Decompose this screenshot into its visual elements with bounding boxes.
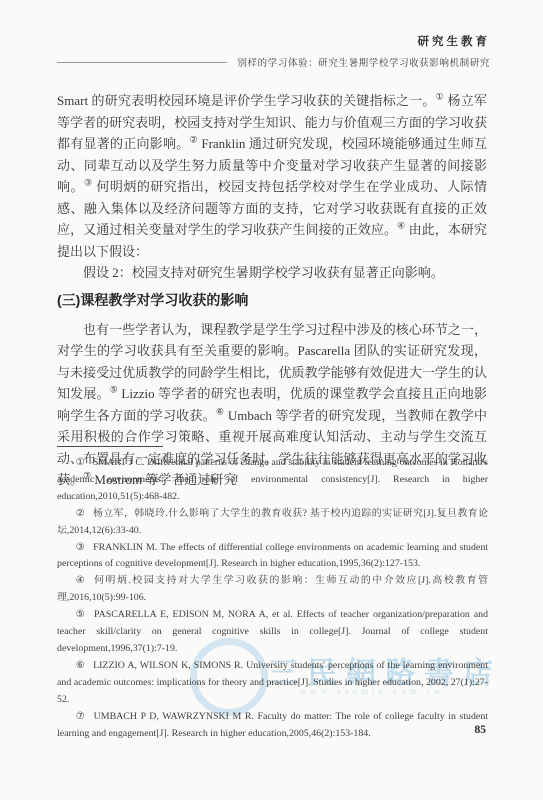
footnote-text: 何明炳.校园支持对大学生学习收获的影响：生师互动的中介效应[J].高校教育管理,…: [57, 575, 488, 603]
footnote-marker: ②: [76, 508, 85, 519]
footnote-marker: ①: [76, 457, 85, 468]
running-header: 别样的学习体验：研究生暑期学校学习收获影响机制研究: [57, 55, 490, 69]
footnote-marker: ③: [76, 542, 85, 553]
header-rule: [57, 62, 227, 63]
journal-title: 研究生教育: [418, 33, 491, 49]
footnote-text: PASCARELLA E, EDISON M, NORA A, et al. E…: [57, 609, 488, 654]
body-text: Smart 的研究表明校园环境是评价学生学习收获的关键指标之一。① 杨立军等学者…: [57, 90, 487, 491]
footnote: ①SMART J C. Differential patterns of cha…: [57, 455, 488, 506]
footnote: ③FRANKLIN M. The effects of differential…: [57, 540, 488, 574]
footnote-text: UMBACH P D, WAWRZYNSKI M R. Faculty do m…: [57, 711, 488, 739]
footnote-text: 杨立军，韩晓玲.什么影响了大学生的教育收获? 基于校内追踪的实证研究[J].复旦…: [57, 508, 488, 536]
footnote: ⑦UMBACH P D, WAWRZYNSKI M R. Faculty do …: [57, 709, 488, 743]
document-page: 研究生教育 别样的学习体验：研究生暑期学校学习收获影响机制研究 Smart 的研…: [0, 0, 543, 800]
hypothesis-2: 假设 2：校园支持对研究生暑期学校学习收获有显著正向影响。: [57, 262, 487, 284]
footnote-marker: ④: [76, 575, 86, 586]
footnote: ②杨立军，韩晓玲.什么影响了大学生的教育收获? 基于校内追踪的实证研究[J].复…: [57, 506, 488, 540]
section-heading: (三)课程教学对学习收获的影响: [57, 289, 487, 312]
footnote-marker: ⑤: [76, 609, 86, 620]
footnote-marker: ⑦: [76, 711, 86, 722]
footnote: ④何明炳.校园支持对大学生学习收获的影响：生师互动的中介效应[J].高校教育管理…: [57, 573, 488, 607]
footnote-text: LIZZIO A, WILSON K, SIMONS R. University…: [57, 660, 488, 705]
footnote-text: SMART J C. Differential patterns of chan…: [57, 457, 488, 502]
footnote-block: ①SMART J C. Differential patterns of cha…: [57, 455, 488, 742]
footnote: ⑤PASCARELLA E, EDISON M, NORA A, et al. …: [57, 607, 488, 658]
footnote-separator: [57, 446, 163, 447]
footnote-marker: ⑥: [76, 660, 85, 671]
paragraph-campus-support: Smart 的研究表明校园环境是评价学生学习收获的关键指标之一。① 杨立军等学者…: [57, 90, 487, 262]
footnote-text: FRANKLIN M. The effects of differential …: [57, 542, 488, 570]
running-title: 别样的学习体验：研究生暑期学校学习收获影响机制研究: [237, 55, 490, 69]
footnote: ⑥LIZZIO A, WILSON K, SIMONS R. Universit…: [57, 658, 488, 709]
